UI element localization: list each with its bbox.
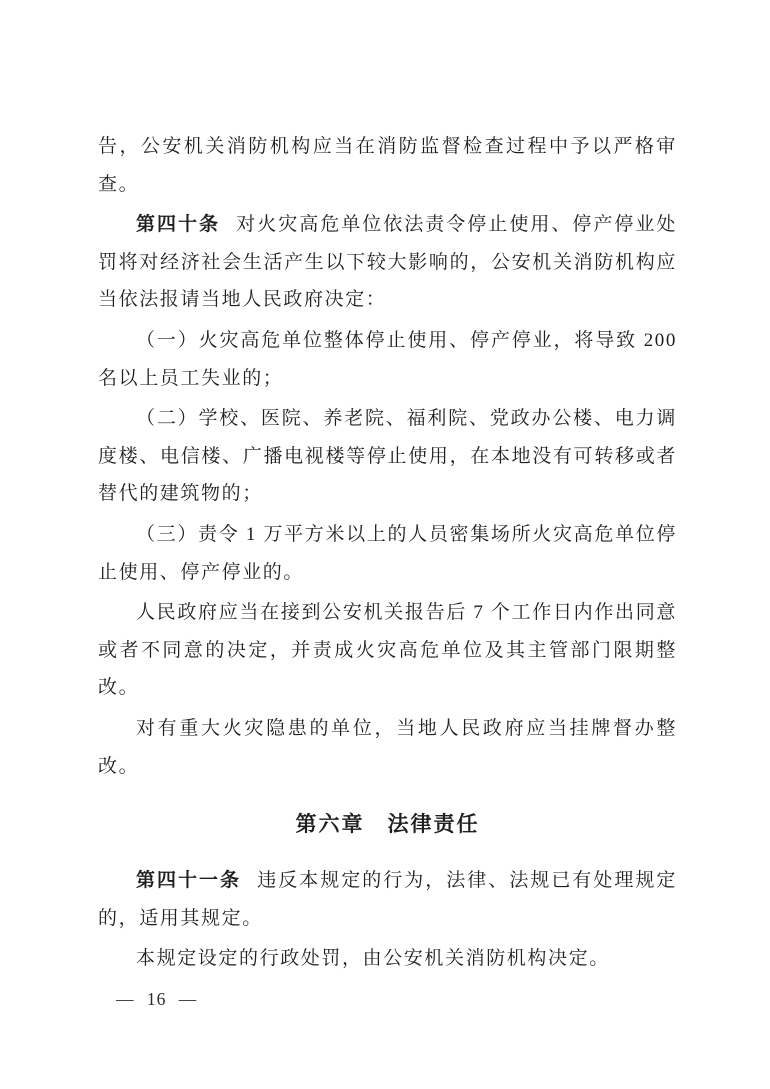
article-40-paragraph: 第四十条对火灾高危单位依法责令停止使用、停产停业处罚将对经济社会生活产生以下较大…: [98, 206, 677, 319]
paragraph-continuation: 告，公安机关消防机构应当在消防监督检查过程中予以严格审查。: [98, 128, 677, 203]
list-item-two: （二）学校、医院、养老院、福利院、党政办公楼、电力调度楼、电信楼、广播电视楼等停…: [98, 400, 677, 513]
page-number: — 16 —: [116, 986, 677, 1012]
article-40-number: 第四十条: [136, 214, 220, 235]
list-item-three: （三）责令 1 万平方米以上的人员密集场所火灾高危单位停止使用、停产停业的。: [98, 516, 677, 591]
article-41-number: 第四十一条: [136, 870, 241, 891]
list-item-one: （一）火灾高危单位整体停止使用、停产停业，将导致 200 名以上员工失业的；: [98, 322, 677, 397]
paragraph-major-hazard: 对有重大火灾隐患的单位，当地人民政府应当挂牌督办整改。: [98, 710, 677, 785]
document-body: 告，公安机关消防机构应当在消防监督检查过程中予以严格审查。 第四十条对火灾高危单…: [98, 128, 677, 1012]
paragraph-government-decision: 人民政府应当在接到公安机关报告后 7 个工作日内作出同意或者不同意的决定，并责成…: [98, 594, 677, 707]
article-41-paragraph: 第四十一条违反本规定的行为，法律、法规已有处理规定的，适用其规定。: [98, 862, 677, 937]
paragraph-admin-penalty: 本规定设定的行政处罚，由公安机关消防机构决定。: [98, 940, 677, 978]
document-page: 告，公安机关消防机构应当在消防监督检查过程中予以严格审查。 第四十条对火灾高危单…: [0, 0, 770, 1089]
chapter-heading: 第六章 法律责任: [98, 805, 677, 843]
